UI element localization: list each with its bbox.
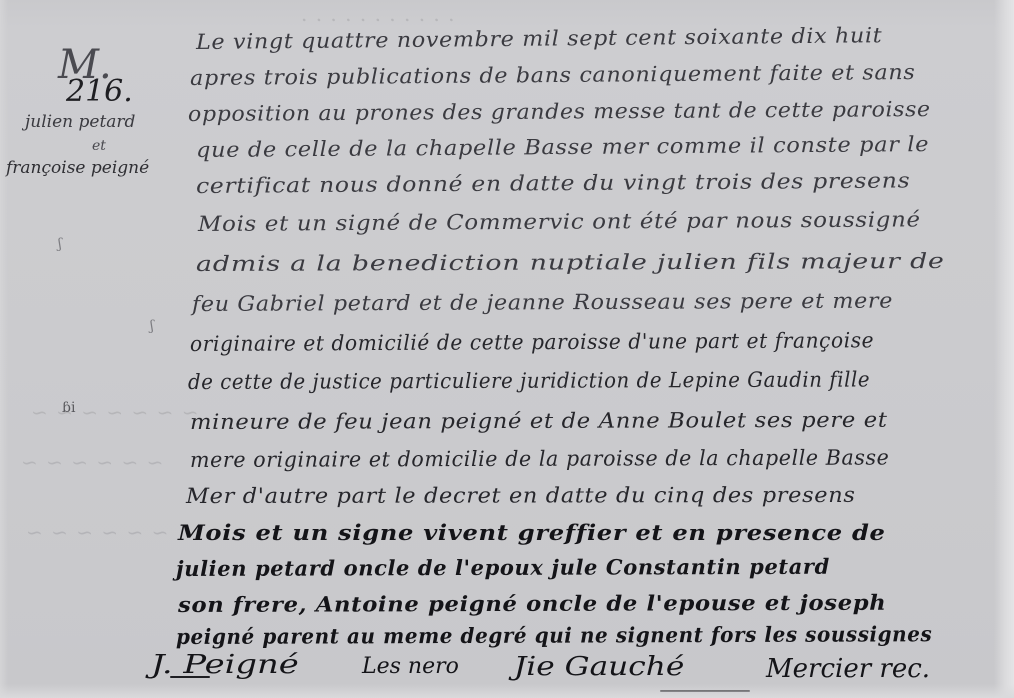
body-line-4: que de celle de la chapelle Basse mer co… — [196, 132, 929, 162]
margin-bride-name: françoise peigné — [6, 158, 149, 178]
signature-gauche: Jie Gauché — [514, 652, 685, 682]
signature-underline — [170, 676, 210, 678]
body-line-14: Mois et un signe vivent greffier et en p… — [178, 520, 886, 545]
scan-edge-right — [994, 0, 1014, 698]
body-line-12: mere originaire et domicilie de la paroi… — [190, 446, 890, 472]
body-line-16: son frere, Antoine peigné oncle de l'epo… — [178, 590, 887, 617]
body-line-10: de cette de justice particuliere juridic… — [188, 367, 870, 394]
margin-conjunction: et — [92, 138, 106, 154]
body-line-11: mineure de feu jean peigné et de Anne Bo… — [190, 408, 888, 434]
margin-mark: ʃ — [150, 318, 154, 334]
body-line-2: apres trois publications de bans canoniq… — [190, 60, 916, 90]
body-line-5: certificat nous donné en datte du vingt … — [196, 168, 911, 198]
margin-mark: ʃ — [58, 236, 62, 252]
bleed-through-text: . . . . . . . . . . . — [300, 2, 455, 26]
signature-nero: Les nero — [362, 654, 459, 679]
body-line-9: originaire et domicilié de cette paroiss… — [190, 328, 874, 356]
body-line-8: feu Gabriel petard et de jeanne Rousseau… — [192, 289, 893, 316]
body-line-7: admis a la benediction nuptiale julien f… — [196, 249, 945, 276]
bleed-through-text: ~ ~ ~ ~ ~ ~ ~ — [30, 400, 198, 424]
signature-mercier: Mercier rec. — [766, 654, 930, 684]
body-line-3: opposition au prones des grandes messe t… — [188, 97, 931, 126]
bleed-through-text: ~ ~ ~ ~ ~ ~ — [20, 450, 163, 474]
body-line-15: julien petard oncle de l'epoux jule Cons… — [176, 554, 830, 581]
register-page: . . . . . . . . . . . ~ ~ ~ ~ ~ ~ ~ ~ ~ … — [0, 0, 1014, 698]
body-line-1: Le vingt quattre novembre mil sept cent … — [196, 23, 883, 54]
body-line-17: peigné parent au meme degré qui ne signe… — [176, 621, 932, 649]
body-line-13: Mer d'autre part le decret en datte du c… — [186, 483, 856, 508]
entry-number: 216. — [66, 74, 133, 109]
scan-edge-bottom — [0, 684, 1014, 698]
margin-mark: ɓi — [62, 400, 75, 416]
scan-edge-left — [0, 0, 8, 698]
margin-groom-name: julien petard — [25, 112, 135, 132]
bleed-through-text: ~ ~ ~ ~ ~ ~ — [25, 520, 168, 544]
body-line-6: Mois et un signé de Commervic ont été pa… — [198, 207, 921, 236]
